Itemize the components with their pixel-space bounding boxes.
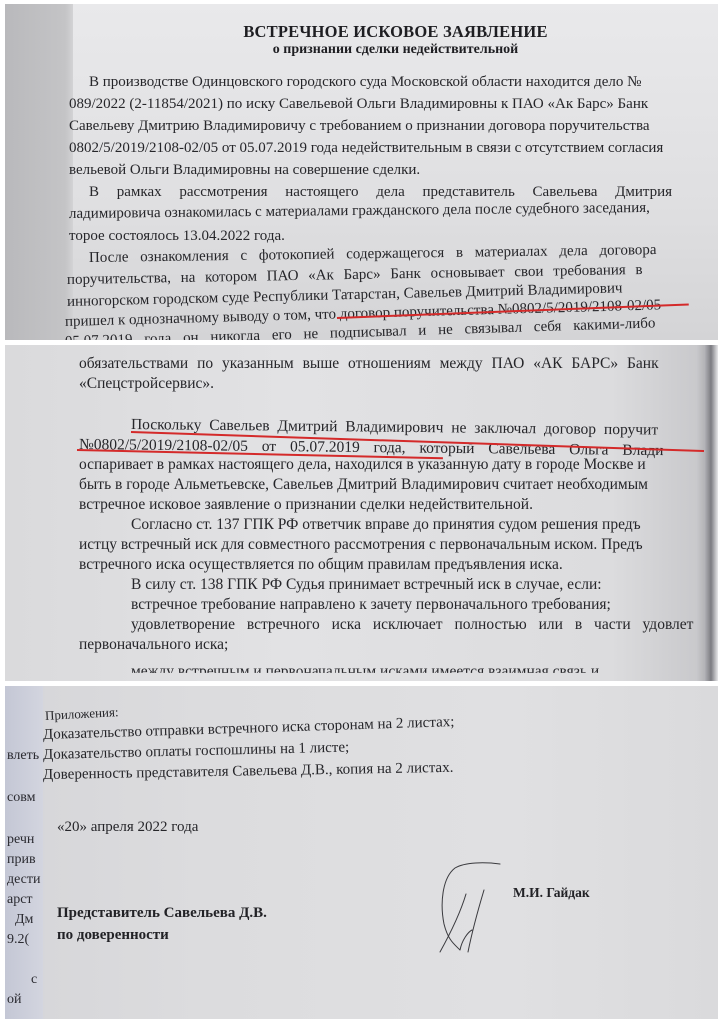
document-photo-page-3: влеть совм речн прив дести арст Дм 9.2( … [5,686,718,1019]
cut-text-fragment: совм [7,790,35,806]
paragraph-line: ладимировича ознакомилась с материалами … [69,200,650,223]
cut-text-fragment: 9.2( [7,932,29,948]
paragraph-line: быть в городе Альметьевске, Савельев Дми… [79,476,648,494]
cut-text-fragment: влеть [7,748,39,764]
cut-text-fragment: речн [7,832,34,848]
signer-name: М.И. Гайдак [513,885,590,901]
paragraph-line: вельевой Ольги Владимировны на совершени… [69,162,420,179]
document-photo-page-1: ВСТРЕЧНОЕ ИСКОВОЕ ЗАЯВЛЕНИЕ о признании … [5,4,718,340]
paragraph-line: обязательствами по указанным выше отноше… [79,355,659,373]
page-fold-shadow [704,345,718,681]
paragraph-line: удовлетворение встречного иска исключает… [131,616,693,634]
paragraph-line: встречное исковое заявление о признании … [79,496,533,514]
cut-text-fragment: арст [7,892,33,908]
paragraph-line: В рамках рассмотрения настоящего дела пр… [89,184,672,201]
paragraph-line: В силу ст. 138 ГПК РФ Судья принимает вс… [131,576,602,594]
paragraph-line: 089/2022 (2-11854/2021) по иску Савельев… [69,96,648,113]
adjacent-page-strip: влеть совм речн прив дести арст Дм 9.2( … [5,686,43,1019]
document-photo-page-2: обязательствами по указанным выше отноше… [5,345,718,681]
document-title: ВСТРЕЧНОЕ ИСКОВОЕ ЗАЯВЛЕНИЕ [73,22,718,42]
signer-role: Представитель Савельева Д.В. [57,905,267,922]
paragraph-line: первоначального иска; [79,636,228,654]
cut-text-fragment: Дм [15,912,33,928]
handwritten-signature [430,854,510,964]
attachment-item: Доверенность представителя Савельева Д.В… [43,760,454,784]
document-date: «20» апреля 2022 года [57,819,198,836]
paragraph-line: 0802/5/2019/2108-02/05 от 05.07.2019 год… [69,140,663,157]
document-subtitle: о признании сделки недействительной [73,42,718,58]
paragraph-line: «Спецстройсервис». [79,375,214,393]
paragraph-line: В производстве Одинцовского городского с… [89,74,641,91]
paragraph-line: оспаривает в рамках настоящего дела, нах… [79,456,646,474]
cut-text-fragment: ой [7,992,22,1008]
cut-text-fragment: дести [7,872,41,888]
paragraph-line: Савельеву Дмитрию Владимировичу с требов… [69,118,650,135]
paragraph-line: Согласно ст. 137 ГПК РФ ответчик вправе … [131,516,641,534]
paragraph-line: Поскольку Савельев Дмитрий Владимирович … [131,416,658,440]
attachment-item: Доказательство оплаты госпошлины на 1 ли… [43,740,350,764]
signer-authority: по доверенности [57,927,169,944]
paragraph-line: встречное требование направлено к зачету… [131,596,611,614]
cut-text-fragment: с [31,972,37,988]
paragraph-line-cut: между встречным и первоначальным исками … [131,663,599,681]
paragraph-line: встречного иска осуществляется по общим … [79,556,563,574]
paragraph-line: торое состоялось 13.04.2022 года. [69,228,285,245]
paragraph-line: истцу встречный иск для совместного расс… [79,536,643,554]
paper-sheet: ВСТРЕЧНОЕ ИСКОВОЕ ЗАЯВЛЕНИЕ о признании … [73,4,718,340]
cut-text-fragment: прив [7,852,36,868]
attachments-heading: Приложения: [45,704,119,724]
